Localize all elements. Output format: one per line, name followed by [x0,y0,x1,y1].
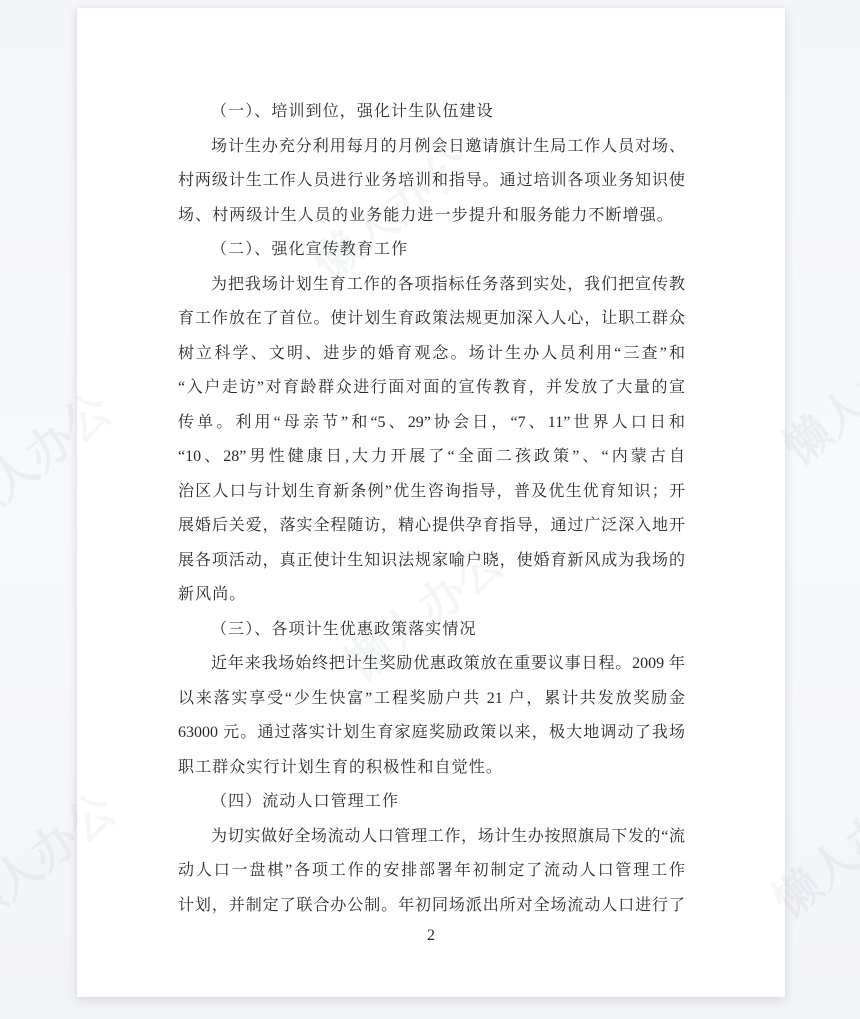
document-body: （一）、培训到位，强化计生队伍建设场计生办充分利用每月的月例会日邀请旗计生局工作… [178,95,685,923]
text-line: 场计生办充分利用每月的月例会日邀请旗计生局工作人员对场、 [178,130,685,165]
text-line: 场、村两级计生人员的业务能力进一步提升和服务能力不断增强。 [178,199,685,234]
text-line: 树立科学、文明、进步的婚育观念。场计生办人员利用“三查”和 [178,337,685,372]
page-number: 2 [77,927,785,945]
text-line: （三）、各项计生优惠政策落实情况 [178,613,685,648]
text-line: （二）、强化宣传教育工作 [178,233,685,268]
text-line: 治区人口与计划生育新条例”优生咨询指导，普及优生优育知识；开 [178,475,685,510]
text-line: 近年来我场始终把计生奖励优惠政策放在重要议事日程。2009 年 [178,647,685,682]
text-line: 新风尚。 [178,578,685,613]
text-line: 育工作放在了首位。使计划生育政策法规更加深入人心，让职工群众 [178,302,685,337]
document-page: （一）、培训到位，强化计生队伍建设场计生办充分利用每月的月例会日邀请旗计生局工作… [77,8,785,997]
text-line: “入户走访”对育龄群众进行面对面的宣传教育，并发放了大量的宣 [178,371,685,406]
text-line: “10、28”男性健康日,大力开展了“全面二孩政策”、“内蒙古自 [178,440,685,475]
text-line: 动人口一盘棋”各项工作的安排部署年初制定了流动人口管理工作 [178,854,685,889]
text-line: 职工群众实行计划生育的积极性和自觉性。 [178,751,685,786]
text-line: 展各项活动，真正使计生知识法规家喻户晓，使婚育新风成为我场的 [178,544,685,579]
text-line: 为切实做好全场流动人口管理工作，场计生办按照旗局下发的“流 [178,820,685,855]
text-line: 计划，并制定了联合办公制。年初同场派出所对全场流动人口进行了 [178,889,685,924]
text-line: 展婚后关爱，落实全程随访，精心提供孕育指导，通过广泛深入地开 [178,509,685,544]
text-line: 传单。利用“母亲节”和“5、29”协会日，“7、11”世界人口日和 [178,406,685,441]
text-line: （四）流动人口管理工作 [178,785,685,820]
text-line: 63000 元。通过落实计划生育家庭奖励政策以来，极大地调动了我场 [178,716,685,751]
text-line: 为把我场计划生育工作的各项指标任务落到实处，我们把宣传教 [178,268,685,303]
text-line: 村两级计生工作人员进行业务培训和指导。通过培训各项业务知识使 [178,164,685,199]
text-line: 以来落实享受“少生快富”工程奖励户共 21 户，累计共发放奖励金 [178,682,685,717]
document-viewer: 懒人办公 懒人办公 懒人办公 懒人办公 懒人办公 懒人办公 （一）、培训到位，强… [0,0,860,1019]
text-line: （一）、培训到位，强化计生队伍建设 [178,95,685,130]
